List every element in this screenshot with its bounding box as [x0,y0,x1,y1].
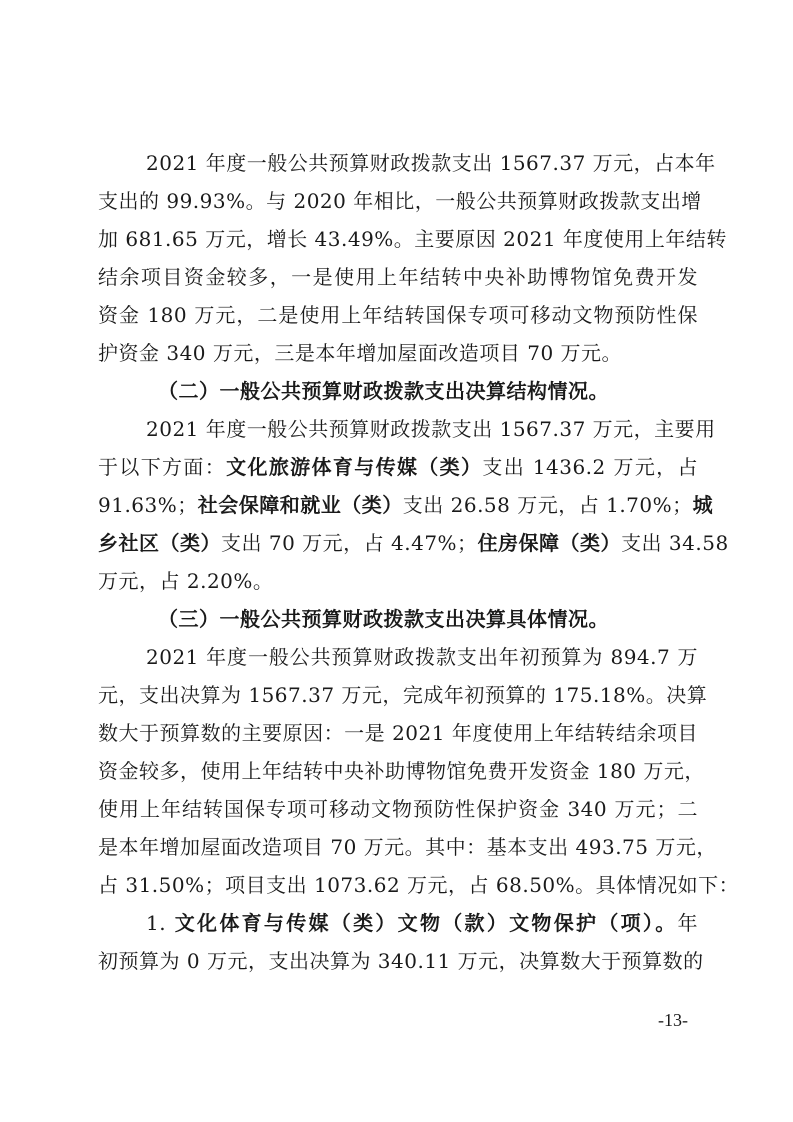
paragraph-1-line-3: 加 681.65 万元，增长 43.49%。主要原因 2021 年度使用上年结转 [98,220,698,258]
paragraph-3-line-5: 使用上年结转国保专项可移动文物预防性保护资金 340 万元；二 [98,790,698,828]
text: 支出 1436.2 万元，占 [482,455,698,479]
item-title: 文化体育与传媒（类）文物（款）文物保护（项）。 [175,911,678,935]
item-1-line-2: 初预算为 0 万元，支出决算为 340.11 万元，决算数大于预算数的 [98,942,698,980]
paragraph-2-line-5: 万元，占 2.20%。 [98,562,698,600]
paragraph-2-line-4: 乡社区（类）支出 70 万元，占 4.47%；住房保障（类）支出 34.58 [98,524,698,562]
paragraph-1-line-1: 2021 年度一般公共预算财政拨款支出 1567.37 万元，占本年 [146,144,698,182]
paragraph-3-line-2: 元，支出决算为 1567.37 万元，完成年初预算的 175.18%。决算 [98,676,698,714]
page-number: -13- [658,1010,688,1031]
paragraph-2-line-2: 于以下方面：文化旅游体育与传媒（类）支出 1436.2 万元，占 [98,448,698,486]
paragraph-2-line-1: 2021 年度一般公共预算财政拨款支出 1567.37 万元，主要用 [146,410,698,448]
text: 91.63%； [98,493,198,517]
section-heading-2: （二）一般公共预算财政拨款支出决算结构情况。 [158,372,698,410]
paragraph-1-line-4: 结余项目资金较多，一是使用上年结转中央补助博物馆免费开发 [98,258,698,296]
category-social-security: 社会保障和就业（类） [198,493,403,517]
category-urban-rural-start: 城 [693,493,714,517]
paragraph-3-line-4: 资金较多，使用上年结转中央补助博物馆免费开发资金 180 万元， [98,752,698,790]
paragraph-2-line-3: 91.63%；社会保障和就业（类）支出 26.58 万元，占 1.70%；城 [98,486,698,524]
document-page: 2021 年度一般公共预算财政拨款支出 1567.37 万元，占本年 支出的 9… [0,0,793,1122]
text: 支出 70 万元，占 4.47%； [221,531,478,555]
text: 支出 34.58 [621,531,729,555]
text: 支出 26.58 万元，占 1.70%； [403,493,693,517]
paragraph-1-line-6: 护资金 340 万元，三是本年增加屋面改造项目 70 万元。 [98,334,698,372]
paragraph-3-line-6: 是本年增加屋面改造项目 70 万元。其中：基本支出 493.75 万元， [98,828,698,866]
section-heading-3: （三）一般公共预算财政拨款支出决算具体情况。 [158,600,698,638]
item-number: 1. [146,911,175,935]
paragraph-1-line-2: 支出的 99.93%。与 2020 年相比，一般公共预算财政拨款支出增 [98,182,698,220]
category-housing: 住房保障（类） [478,531,622,555]
paragraph-3-line-1: 2021 年度一般公共预算财政拨款支出年初预算为 894.7 万 [146,638,698,676]
text: 于以下方面： [98,455,226,479]
paragraph-3-line-3: 数大于预算数的主要原因：一是 2021 年度使用上年结转结余项目 [98,714,698,752]
category-urban-rural-end: 乡社区（类） [98,531,221,555]
paragraph-3-line-7: 占 31.50%；项目支出 1073.62 万元，占 68.50%。具体情况如下… [98,866,698,904]
category-culture-sports-media: 文化旅游体育与传媒（类） [226,455,482,479]
item-1-line-1: 1. 文化体育与传媒（类）文物（款）文物保护（项）。年 [146,904,698,942]
text: 年 [678,911,699,935]
paragraph-1-line-5: 资金 180 万元，二是使用上年结转国保专项可移动文物预防性保 [98,296,698,334]
